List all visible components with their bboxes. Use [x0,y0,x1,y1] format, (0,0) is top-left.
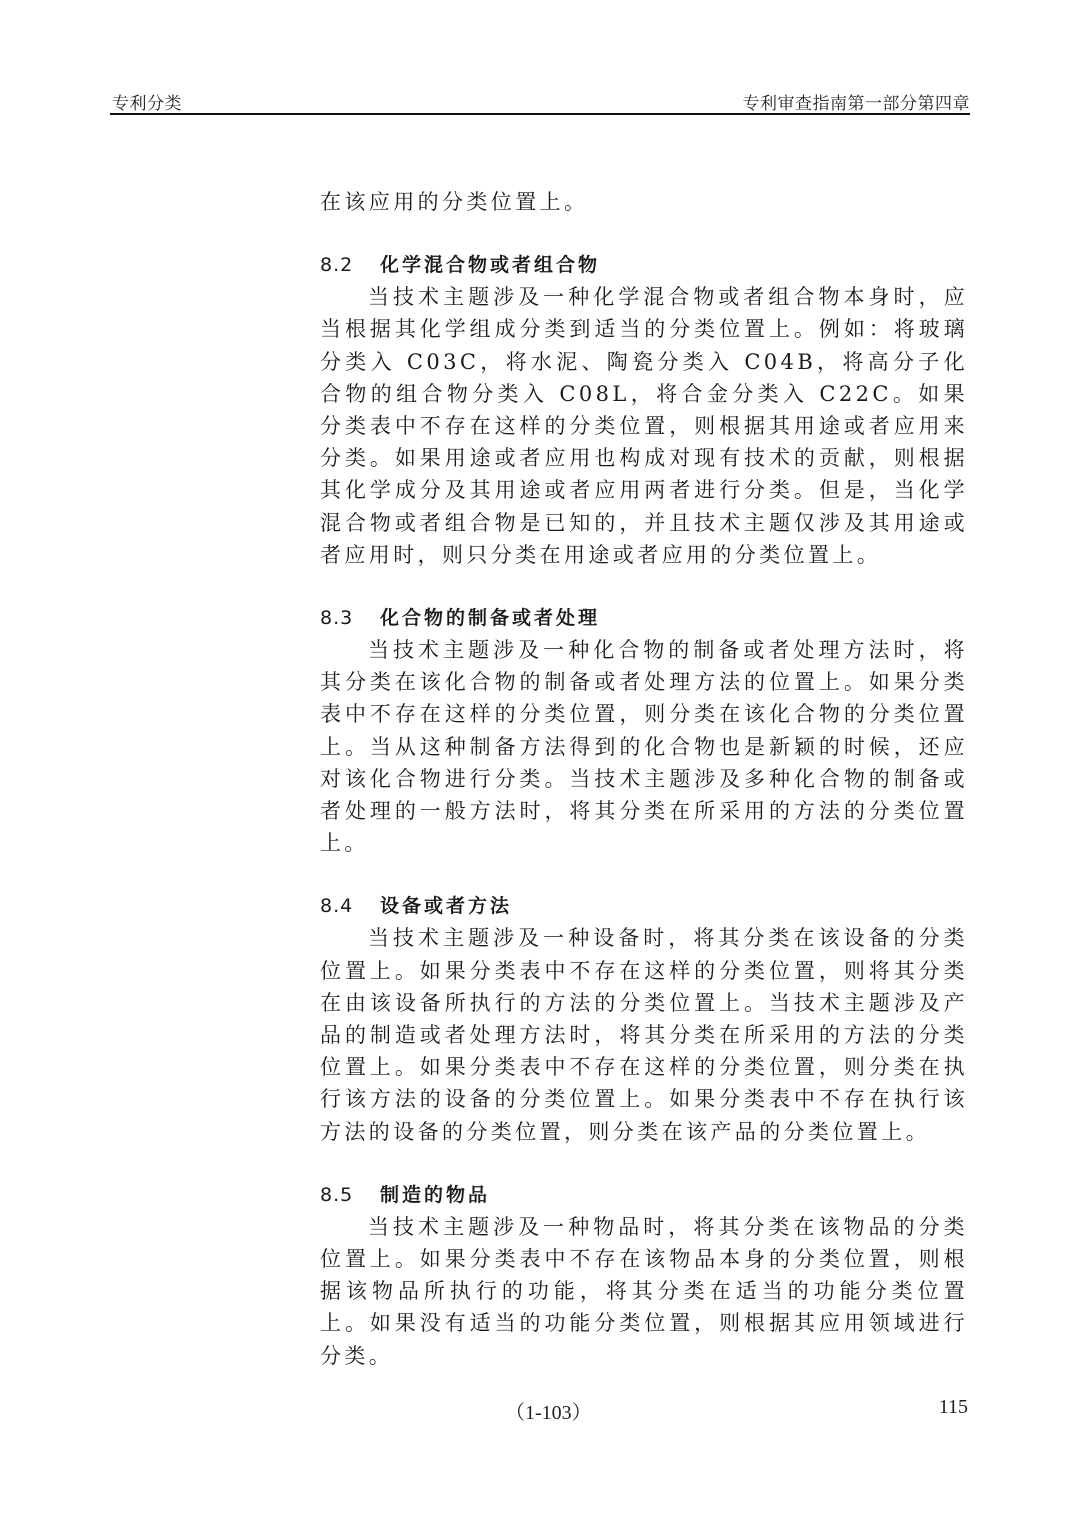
section-heading: 8.2 化学混合物或者组合物 [320,250,968,281]
section-number: 8.5 [320,1180,380,1211]
section-body: 当技术主题涉及一种物品时，将其分类在该物品的分类位置上。如果分类表中不存在该物品… [320,1211,968,1372]
section-heading: 8.5 制造的物品 [320,1180,968,1211]
section-number: 8.2 [320,250,380,281]
section-body: 当技术主题涉及一种化合物的制备或者处理方法时，将其分类在该化合物的制备或者处理方… [320,634,968,859]
section-8-2: 8.2 化学混合物或者组合物 当技术主题涉及一种化学混合物或者组合物本身时，应当… [320,250,968,571]
section-title: 制造的物品 [380,1180,490,1211]
section-page-label: （1-103） [505,1396,592,1425]
section-8-4: 8.4 设备或者方法 当技术主题涉及一种设备时，将其分类在该设备的分类位置上。如… [320,891,968,1147]
section-title: 化学混合物或者组合物 [380,250,600,281]
running-header: 专利分类 专利审查指南第一部分第四章 [112,88,970,114]
intro-continuation: 在该应用的分类位置上。 [320,186,968,218]
section-8-5: 8.5 制造的物品 当技术主题涉及一种物品时，将其分类在该物品的分类位置上。如果… [320,1180,968,1372]
section-heading: 8.4 设备或者方法 [320,891,968,922]
header-left-title: 专利分类 [112,89,182,114]
page-number: 115 [939,1396,968,1425]
section-8-3: 8.3 化合物的制备或者处理 当技术主题涉及一种化合物的制备或者处理方法时，将其… [320,603,968,859]
section-number: 8.4 [320,891,380,922]
header-divider [110,113,970,115]
section-number: 8.3 [320,603,380,634]
page-footer: （1-103） 115 [505,1396,968,1425]
page-body: 在该应用的分类位置上。 8.2 化学混合物或者组合物 当技术主题涉及一种化学混合… [320,186,968,1372]
header-right-title: 专利审查指南第一部分第四章 [743,89,971,114]
section-body: 当技术主题涉及一种设备时，将其分类在该设备的分类位置上。如果分类表中不存在这样的… [320,922,968,1147]
section-title: 化合物的制备或者处理 [380,603,600,634]
section-body: 当技术主题涉及一种化学混合物或者组合物本身时，应当根据其化学组成分类到适当的分类… [320,281,968,571]
section-heading: 8.3 化合物的制备或者处理 [320,603,968,634]
section-title: 设备或者方法 [380,891,512,922]
